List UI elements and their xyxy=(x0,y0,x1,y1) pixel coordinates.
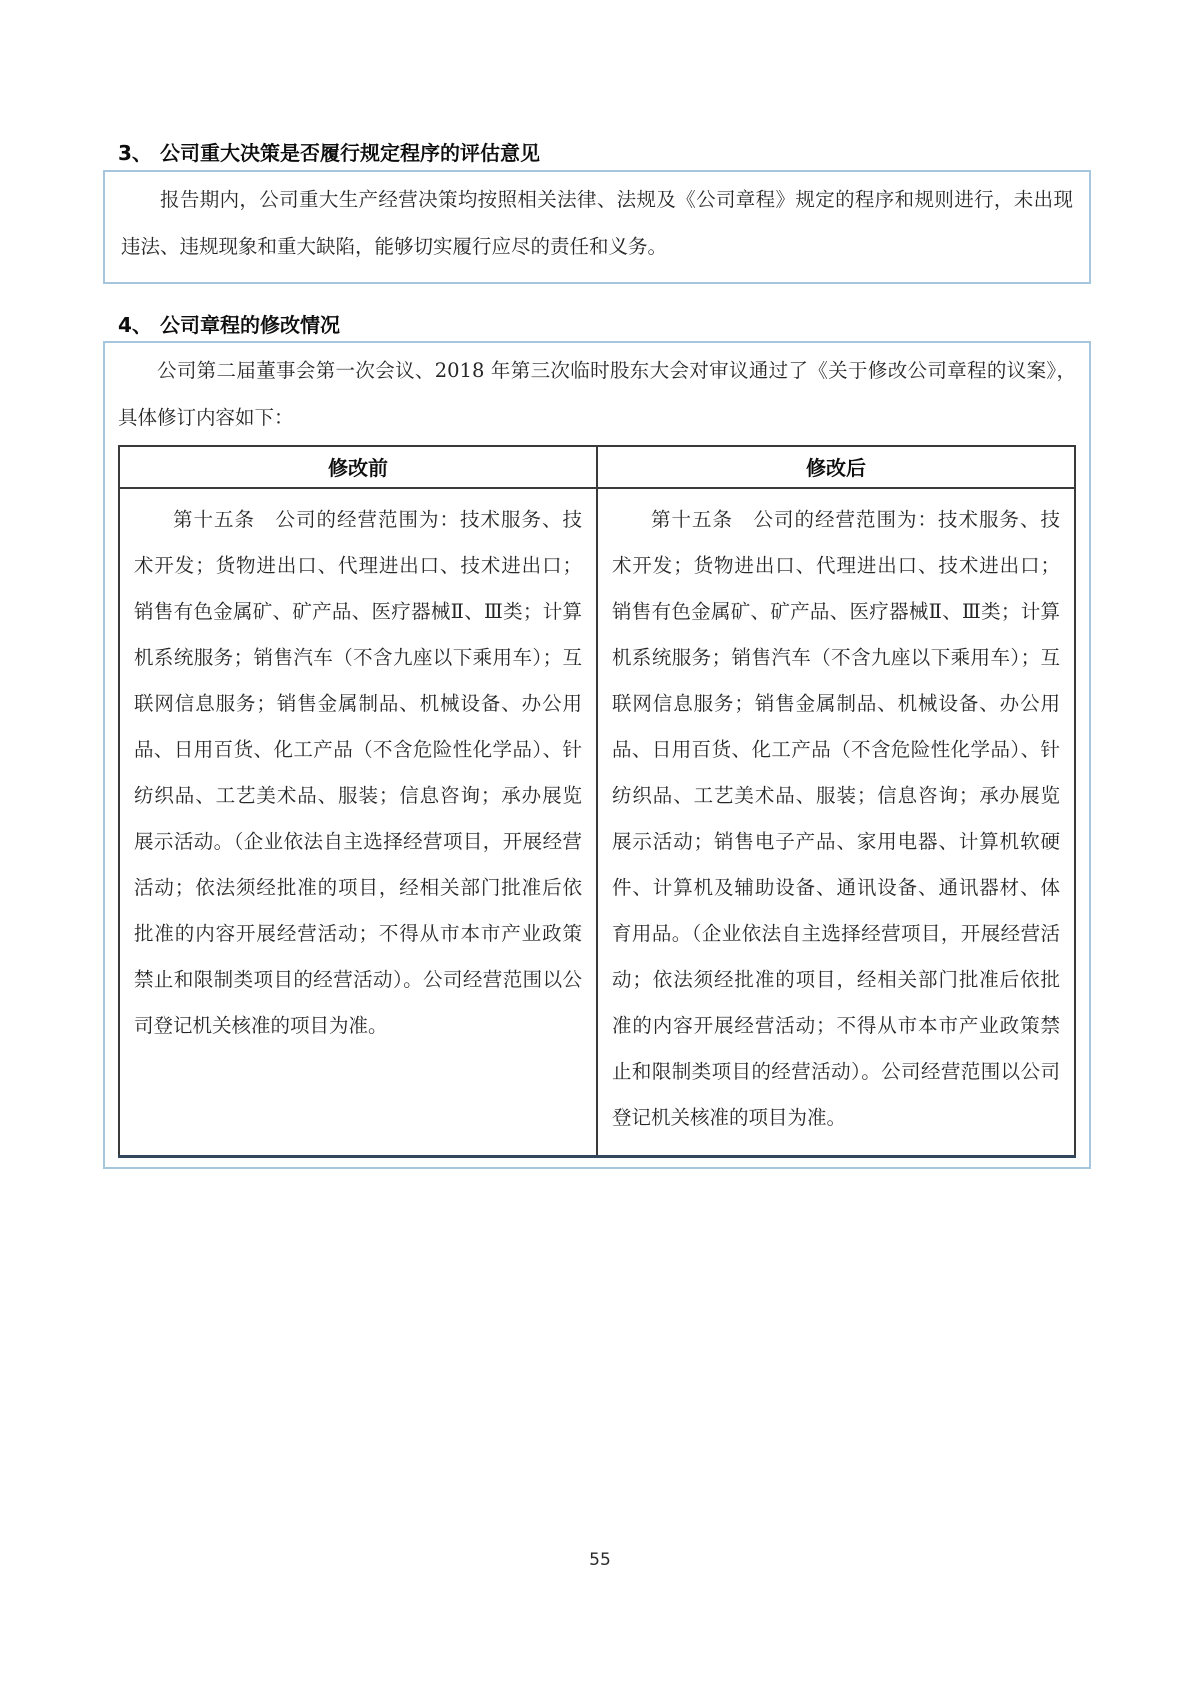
page-number: 55 xyxy=(0,1550,1200,1570)
section4-intro-paragraph: 公司第二届董事会第一次会议、2018 年第三次临时股东大会对审议通过了《关于修改… xyxy=(118,347,1076,441)
section3-box: 报告期内，公司重大生产经营决策均按照相关法律、法规及《公司章程》规定的程序和规则… xyxy=(103,170,1091,284)
table-header-before: 修改前 xyxy=(119,446,597,488)
table-header-row: 修改前 修改后 xyxy=(119,446,1075,488)
section4-title: 公司章程的修改情况 xyxy=(160,312,1091,338)
table-cell-before: 第十五条 公司的经营范围为：技术服务、技术开发；货物进出口、代理进出口、技术进出… xyxy=(119,488,597,1157)
section4-box: 公司第二届董事会第一次会议、2018 年第三次临时股东大会对审议通过了《关于修改… xyxy=(103,341,1091,1169)
charter-amendments-table: 修改前 修改后 第十五条 公司的经营范围为：技术服务、技术开发；货物进出口、代理… xyxy=(118,445,1076,1158)
before-text: 第十五条 公司的经营范围为：技术服务、技术开发；货物进出口、代理进出口、技术进出… xyxy=(134,497,582,1049)
table-header-after: 修改后 xyxy=(597,446,1075,488)
section3-title: 公司重大决策是否履行规定程序的评估意见 xyxy=(160,140,1091,166)
section3-paragraph: 报告期内，公司重大生产经营决策均按照相关法律、法规及《公司章程》规定的程序和规则… xyxy=(121,176,1073,270)
table-cell-after: 第十五条 公司的经营范围为：技术服务、技术开发；货物进出口、代理进出口、技术进出… xyxy=(597,488,1075,1157)
table-row: 第十五条 公司的经营范围为：技术服务、技术开发；货物进出口、代理进出口、技术进出… xyxy=(119,488,1075,1157)
section3-number: 3、 xyxy=(118,140,160,166)
after-text: 第十五条 公司的经营范围为：技术服务、技术开发；货物进出口、代理进出口、技术进出… xyxy=(612,497,1060,1141)
section4-heading: 4、 公司章程的修改情况 xyxy=(103,312,1091,338)
document-page: 3、 公司重大决策是否履行规定程序的评估意见 报告期内，公司重大生产经营决策均按… xyxy=(0,0,1200,1697)
section4-number: 4、 xyxy=(118,312,160,338)
section3-heading: 3、 公司重大决策是否履行规定程序的评估意见 xyxy=(103,140,1091,166)
document-body: 3、 公司重大决策是否履行规定程序的评估意见 报告期内，公司重大生产经营决策均按… xyxy=(103,140,1091,1169)
